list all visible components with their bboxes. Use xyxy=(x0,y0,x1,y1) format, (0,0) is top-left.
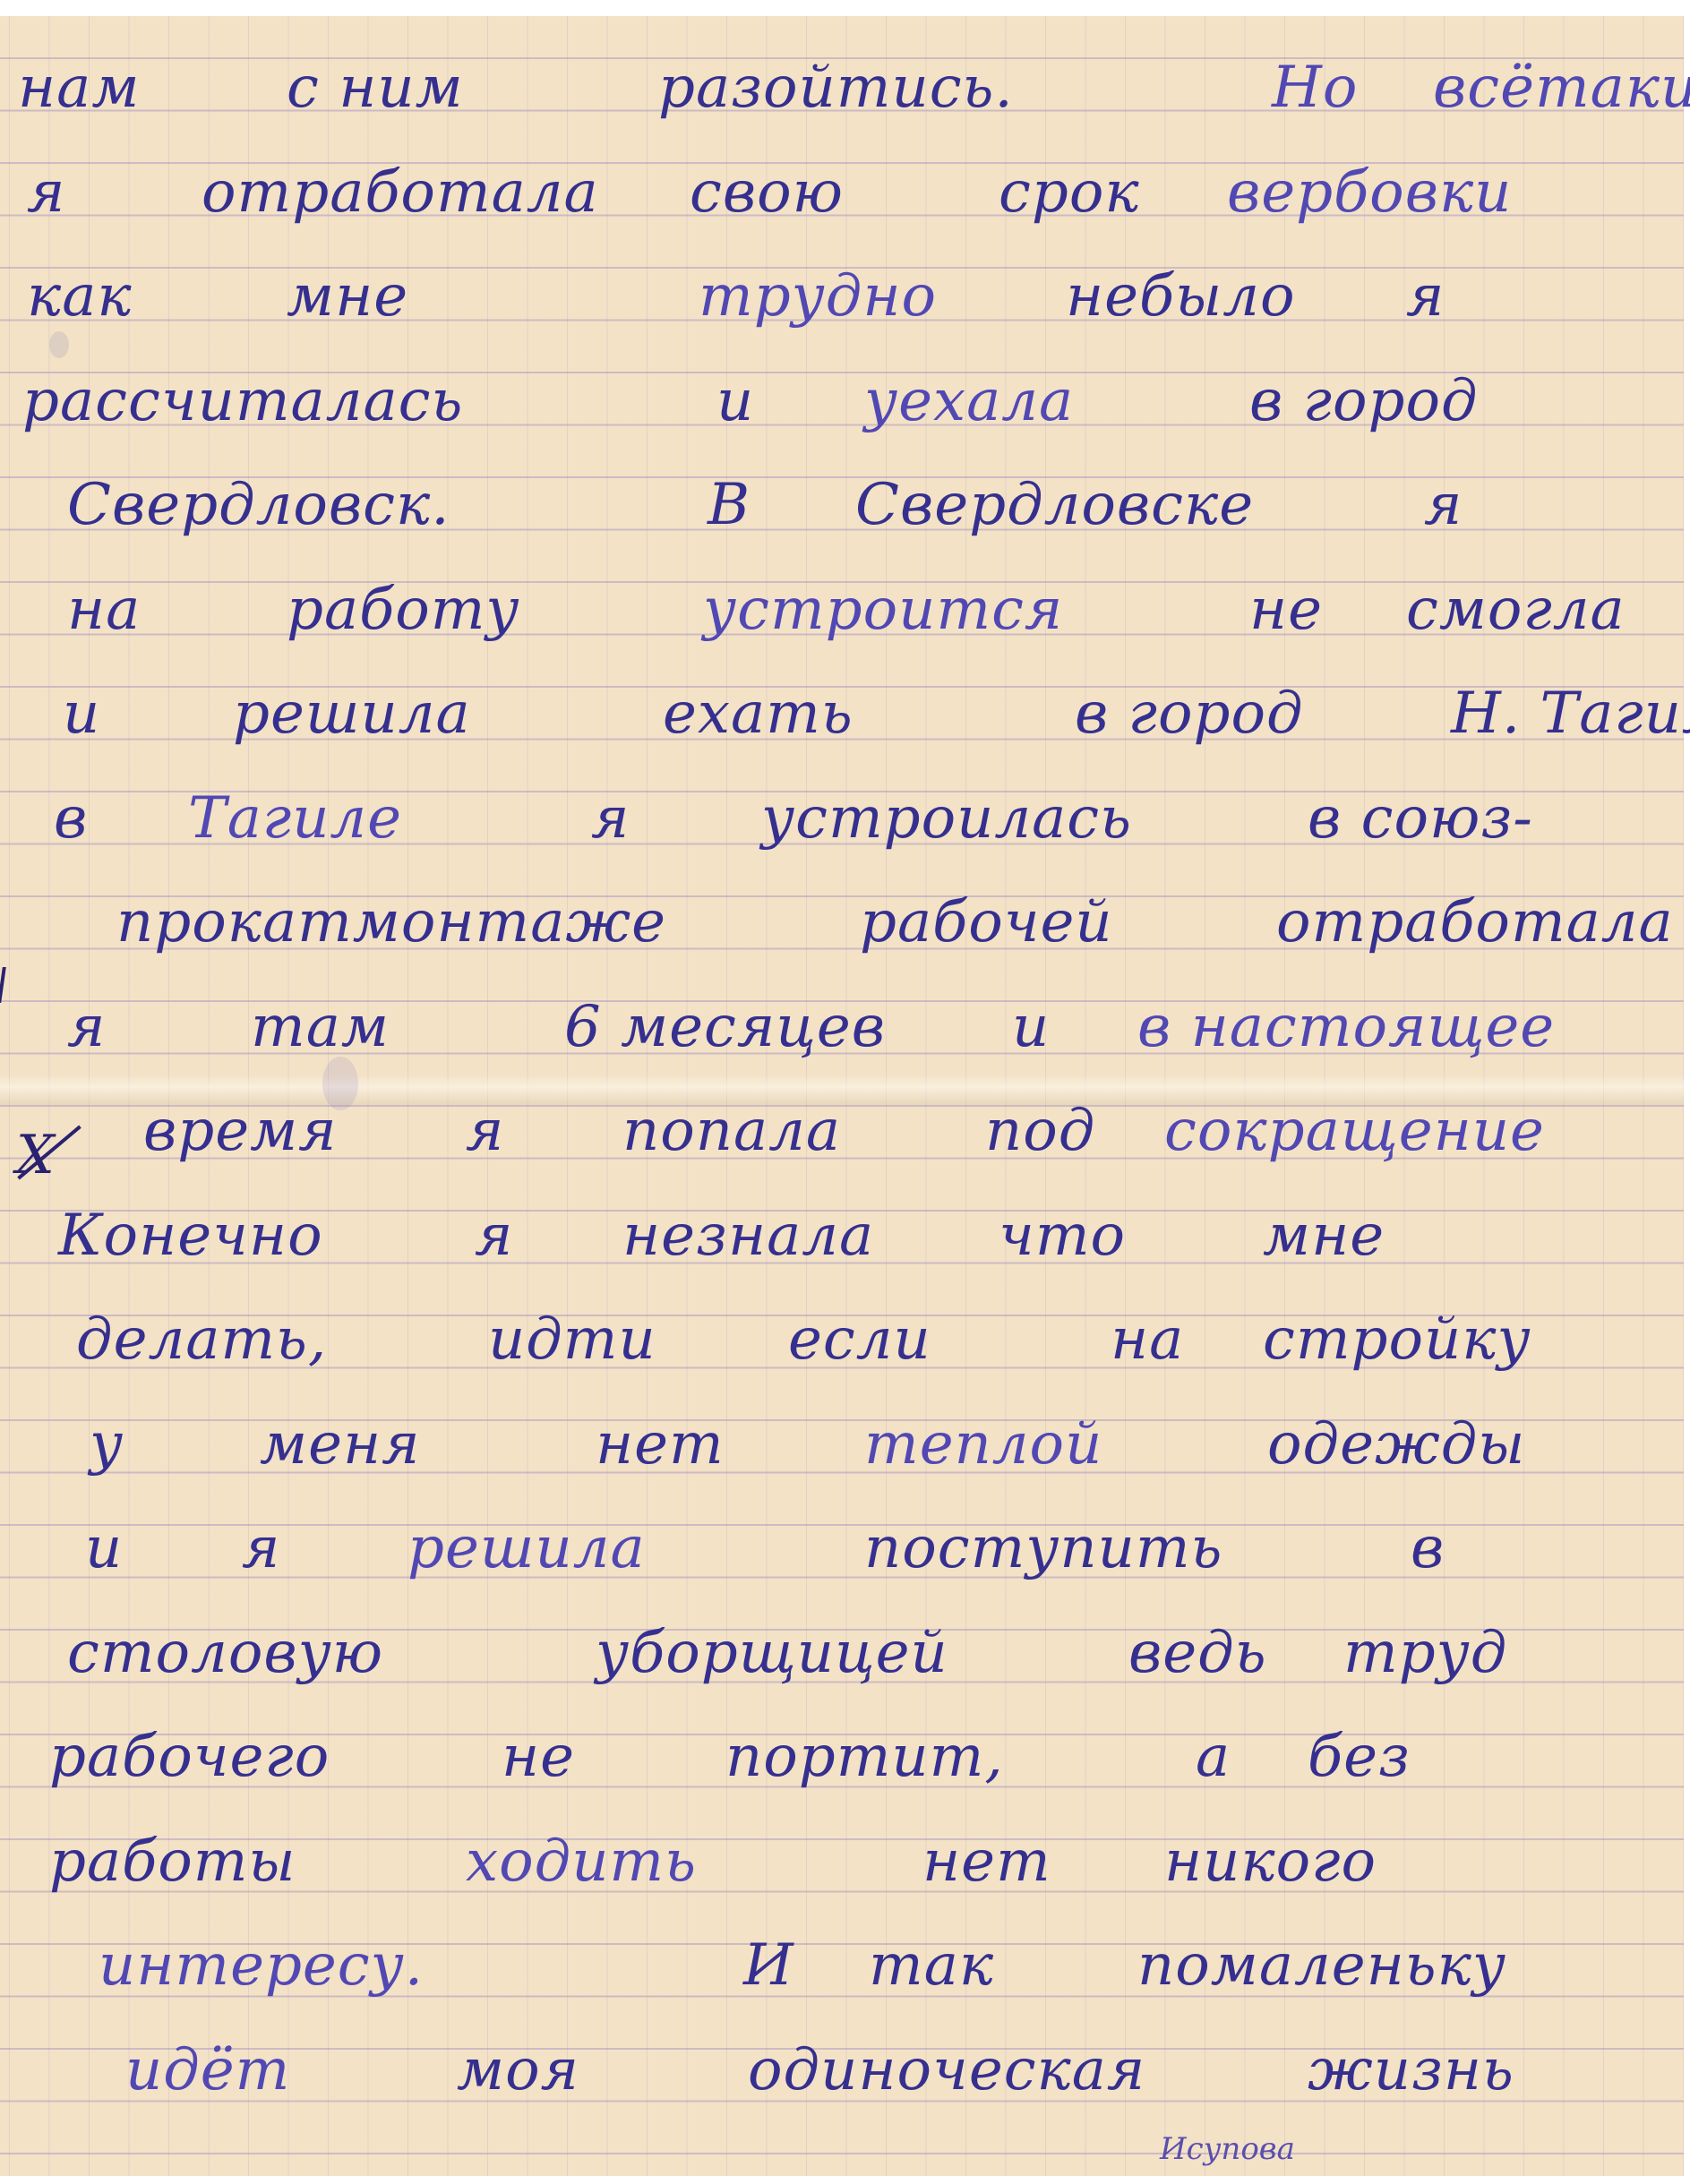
handwritten-word: без xyxy=(1308,1724,1411,1790)
signature: Исупова xyxy=(1160,2131,1295,2167)
handwritten-word: и xyxy=(85,1515,123,1581)
handwritten-word: в настоящее xyxy=(1137,994,1555,1060)
handwritten-word: помаленьку xyxy=(1137,1932,1506,1999)
handwritten-word: ехать xyxy=(663,681,854,747)
handwritten-word: время xyxy=(143,1098,338,1164)
handwritten-line: Свердловск.ВСвердловскея xyxy=(0,456,1684,554)
handwritten-word: работу xyxy=(287,577,520,643)
handwritten-word: устроится xyxy=(703,577,1063,643)
handwritten-line: столовуюуборщицейведьтруд xyxy=(0,1604,1684,1702)
handwritten-word: одежды xyxy=(1267,1411,1525,1477)
handwritten-word: Свердловск. xyxy=(67,472,450,538)
handwritten-word: в город xyxy=(1075,681,1304,747)
handwritten-word: в xyxy=(1411,1515,1445,1581)
handwritten-word: жизнь xyxy=(1308,2037,1514,2103)
handwritten-word: идти xyxy=(488,1306,656,1373)
handwritten-word: я xyxy=(475,1203,513,1269)
handwritten-word: работы xyxy=(49,1829,296,1895)
handwritten-line: уменянеттеплойодежды xyxy=(0,1395,1684,1494)
handwritten-word: я xyxy=(1406,263,1445,330)
handwritten-word: я xyxy=(67,994,106,1060)
handwritten-word: срок xyxy=(999,159,1140,226)
handwritten-word: а xyxy=(1196,1724,1231,1790)
handwritten-word: если xyxy=(788,1306,931,1373)
handwritten-line: какмнетруднонебылоя xyxy=(0,247,1684,346)
handwritten-word: сокращение xyxy=(1164,1098,1545,1164)
handwritten-line: вТагилеяустроиласьв союз- xyxy=(0,769,1684,868)
handwritten-word: не xyxy=(1249,577,1323,643)
handwritten-line: яотработаласвоюсроквербовки xyxy=(0,143,1684,242)
handwritten-word: под xyxy=(985,1098,1095,1164)
handwritten-word: 6 месяцев xyxy=(564,994,886,1060)
handwritten-word: я xyxy=(591,785,630,852)
handwritten-word: в xyxy=(54,785,88,852)
handwritten-word: небыло xyxy=(1066,263,1296,330)
handwritten-line: идётмояодиноческаяжизнь xyxy=(0,2021,1684,2120)
handwritten-word: я xyxy=(27,159,65,226)
handwritten-line: наработуустроитсянесмогла xyxy=(0,561,1684,659)
handwritten-word: разойтись. xyxy=(658,55,1014,121)
handwritten-line: интересу.Итакпомаленьку xyxy=(0,1916,1684,2015)
handwritten-word: рассчиталась xyxy=(22,368,463,434)
handwritten-word: на xyxy=(67,577,141,643)
handwritten-word: прокатмонтаже xyxy=(116,889,666,955)
handwritten-word: Свердловске xyxy=(855,472,1254,538)
handwritten-word: идёт xyxy=(125,2037,290,2103)
handwritten-word: интересу. xyxy=(99,1932,424,1999)
handwritten-line: прокатмонтажерабочейотработала xyxy=(0,873,1684,972)
handwritten-word: портит, xyxy=(725,1724,1004,1790)
handwritten-word: незнала xyxy=(622,1203,874,1269)
handwritten-word: отработала xyxy=(202,159,599,226)
handwritten-word: никого xyxy=(1164,1829,1377,1895)
handwritten-word: делать, xyxy=(76,1306,327,1373)
handwritten-word: стройку xyxy=(1263,1306,1531,1373)
handwritten-word: столовую xyxy=(67,1620,383,1686)
handwritten-word: Тагиле xyxy=(188,785,402,852)
handwritten-word: Н. Тагил xyxy=(1451,681,1690,747)
handwritten-line: времяяпопалаподсокращение xyxy=(0,1082,1684,1180)
handwritten-word: в союз- xyxy=(1308,785,1533,852)
handwritten-line: намс нимразойтись.Новсётаки xyxy=(0,39,1684,137)
handwritten-word: я xyxy=(1424,472,1463,538)
handwritten-word: нет xyxy=(922,1829,1051,1895)
handwritten-line: рассчиталасьиуехалав город xyxy=(0,352,1684,450)
handwritten-word: попала xyxy=(622,1098,841,1164)
handwritten-word: одиноческая xyxy=(748,2037,1145,2103)
handwritten-word: в город xyxy=(1249,368,1479,434)
handwritten-word: нет xyxy=(596,1411,725,1477)
handwritten-word: нам xyxy=(18,55,140,121)
handwritten-word: и xyxy=(1012,994,1050,1060)
handwritten-word: всётаки xyxy=(1433,55,1690,121)
handwritten-word: вербовки xyxy=(1227,159,1512,226)
handwritten-line: работыходитьнетникого xyxy=(0,1812,1684,1911)
handwritten-line: ирешилаехатьв городН. Тагил xyxy=(0,664,1684,763)
handwritten-word: ведь xyxy=(1128,1620,1267,1686)
handwritten-word: мне xyxy=(287,263,408,330)
handwritten-word: рабочей xyxy=(860,889,1113,955)
handwritten-word: труд xyxy=(1343,1620,1507,1686)
handwritten-word: ходить xyxy=(466,1829,697,1895)
handwritten-word: я xyxy=(466,1098,504,1164)
handwritten-word: у xyxy=(90,1411,124,1477)
handwritten-word: устроилась xyxy=(761,785,1132,852)
handwritten-word: мне xyxy=(1263,1203,1385,1269)
handwritten-word: так xyxy=(869,1932,994,1999)
handwritten-word: что xyxy=(999,1203,1126,1269)
handwritten-word: Но xyxy=(1272,55,1358,121)
handwritten-word: рабочего xyxy=(49,1724,330,1790)
handwritten-line: делать,идтиеслинастройку xyxy=(0,1290,1684,1389)
handwritten-word: не xyxy=(502,1724,575,1790)
handwritten-word: В xyxy=(708,472,751,538)
handwritten-word: на xyxy=(1111,1306,1184,1373)
handwritten-word: с ним xyxy=(287,55,464,121)
handwritten-word: свою xyxy=(690,159,844,226)
handwritten-word: Конечно xyxy=(58,1203,323,1269)
handwritten-word: уборщицей xyxy=(596,1620,948,1686)
handwritten-word: трудно xyxy=(699,263,937,330)
handwritten-line: рабочегонепортит,абез xyxy=(0,1708,1684,1806)
handwritten-word: я xyxy=(242,1515,280,1581)
handwritten-word: там xyxy=(251,994,390,1060)
handwritten-word: уехала xyxy=(864,368,1074,434)
handwritten-word: и xyxy=(63,681,100,747)
handwritten-word: как xyxy=(27,263,133,330)
handwritten-word: меня xyxy=(260,1411,420,1477)
handwritten-word: и xyxy=(716,368,754,434)
handwritten-line: ятам6 месяцевив настоящее xyxy=(0,978,1684,1076)
handwritten-line: Конечноянезналачтомне xyxy=(0,1186,1684,1285)
handwritten-word: поступить xyxy=(864,1515,1222,1581)
handwritten-word: решила xyxy=(407,1515,646,1581)
handwritten-word: отработала xyxy=(1276,889,1674,955)
handwritten-word: моя xyxy=(457,2037,579,2103)
handwritten-word: И xyxy=(743,1932,794,1999)
handwritten-word: смогла xyxy=(1406,577,1626,643)
handwritten-word: теплой xyxy=(864,1411,1102,1477)
handwritten-line: иярешилапоступитьв xyxy=(0,1499,1684,1597)
handwritten-word: решила xyxy=(233,681,471,747)
